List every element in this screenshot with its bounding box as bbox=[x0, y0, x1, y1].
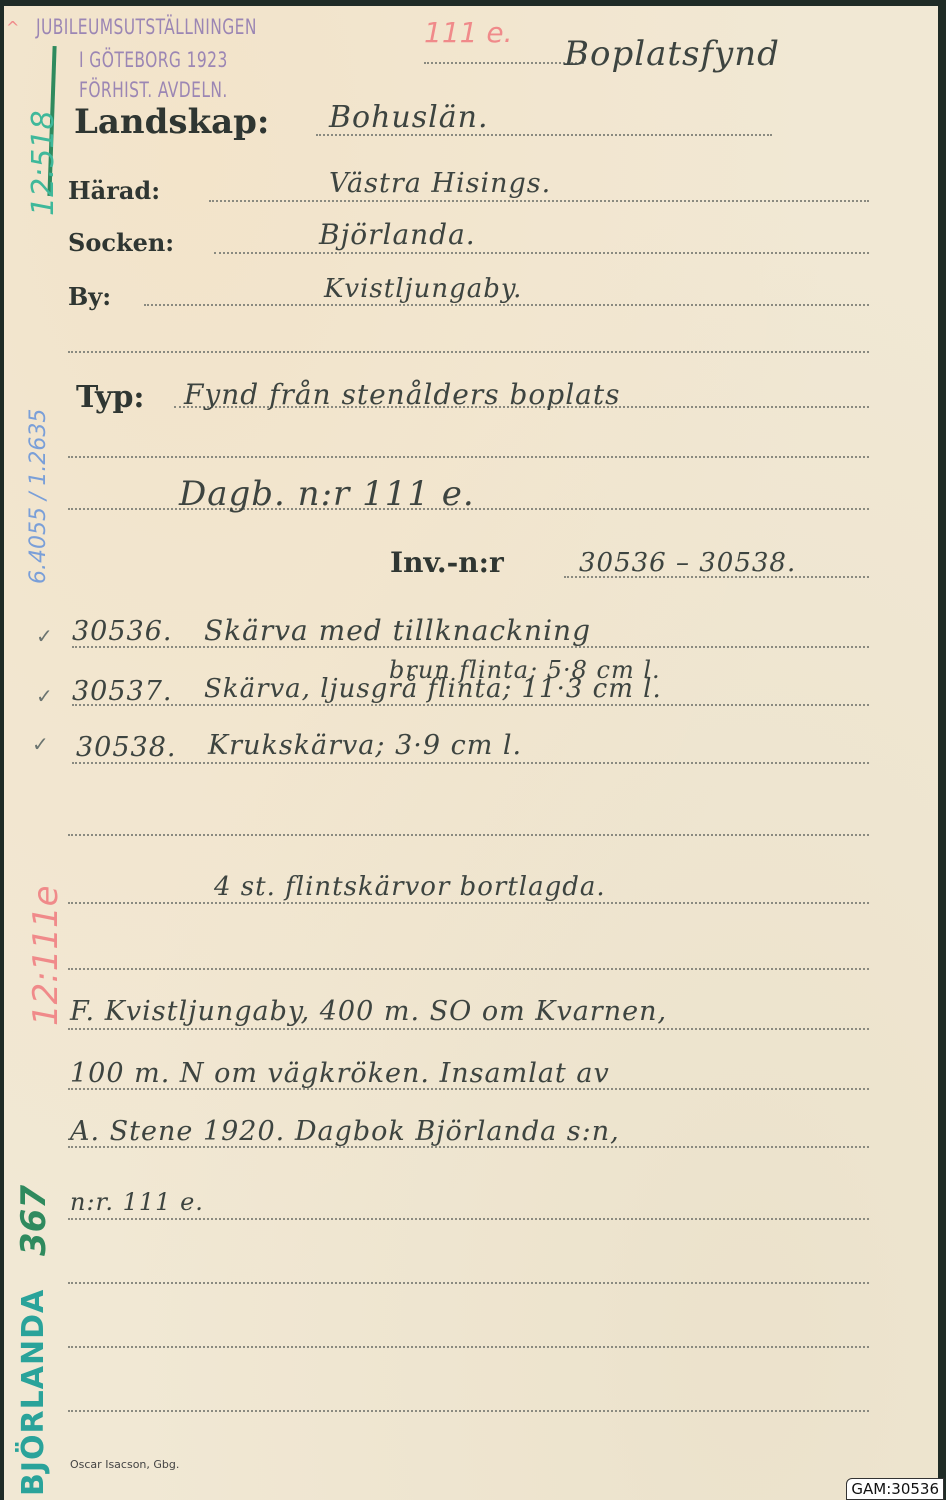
stamp-line-1: JUBILEUMSUTSTÄLLNINGEN bbox=[36, 17, 257, 38]
value-landskap: Bohuslän. bbox=[329, 100, 488, 135]
green-margin-note: 12:518 bbox=[26, 110, 61, 216]
blue-coordinates: 6.4055 / 1.2635 bbox=[26, 409, 51, 584]
description-line: A. Stene 1920. Dagbok Björlanda s:n, bbox=[70, 1116, 620, 1147]
stamp-line-3: FÖRHIST. AVDELN. bbox=[79, 80, 228, 101]
value-harad: Västra Hisings. bbox=[329, 168, 551, 199]
corner-mark: ^ bbox=[6, 18, 19, 37]
label-inventory: Inv.-n:r bbox=[390, 546, 504, 579]
item-number: 30536. bbox=[72, 616, 172, 647]
item-text: Skärva, ljusgrå flinta; 11·3 cm l. bbox=[204, 674, 662, 704]
printer-credit: Oscar Isacson, Gbg. bbox=[70, 1458, 179, 1471]
item-text: Krukskärva; 3·9 cm l. bbox=[208, 730, 522, 761]
catalog-id-badge: GAM:30536 bbox=[846, 1478, 944, 1500]
parish-number: 367 bbox=[14, 1185, 54, 1256]
label-socken: Socken: bbox=[68, 228, 174, 257]
description-line: n:r. 111 e. bbox=[70, 1188, 204, 1216]
value-by: Kvistljungaby. bbox=[324, 274, 522, 304]
catalog-card: ^ JUBILEUMSUTSTÄLLNINGEN I GÖTEBORG 1923… bbox=[4, 6, 938, 1500]
check-icon: ✓ bbox=[36, 684, 53, 708]
red-margin-ref: 12:111e bbox=[26, 885, 66, 1026]
item-number: 30537. bbox=[72, 676, 172, 707]
label-harad: Härad: bbox=[68, 176, 160, 205]
label-typ: Typ: bbox=[76, 380, 145, 415]
value-socken: Björlanda. bbox=[319, 218, 476, 251]
description-line: F. Kvistljungaby, 400 m. SO om Kvarnen, bbox=[70, 996, 667, 1027]
description-line: 100 m. N om vägkröken. Insamlat av bbox=[70, 1058, 610, 1089]
note: 4 st. flintskärvor bortlagda. bbox=[214, 872, 606, 902]
check-icon: ✓ bbox=[32, 732, 49, 756]
stamp-line-2: I GÖTEBORG 1923 bbox=[79, 50, 228, 71]
label-by: By: bbox=[68, 282, 111, 311]
value-inventory: 30536 – 30538. bbox=[579, 548, 796, 578]
value-typ: Fynd från stenålders boplats bbox=[184, 378, 620, 411]
category: Boplatsfynd bbox=[564, 34, 780, 74]
parish-stamp: BJÖRLANDA bbox=[16, 1289, 51, 1496]
red-note: 111 e. bbox=[424, 16, 512, 49]
label-landskap: Landskap: bbox=[74, 102, 269, 142]
diary-number: Dagb. n:r 111 e. bbox=[179, 474, 475, 514]
check-icon: ✓ bbox=[36, 624, 53, 648]
item-number: 30538. bbox=[76, 732, 176, 763]
item-text: Skärva med tillknackning bbox=[204, 614, 591, 647]
